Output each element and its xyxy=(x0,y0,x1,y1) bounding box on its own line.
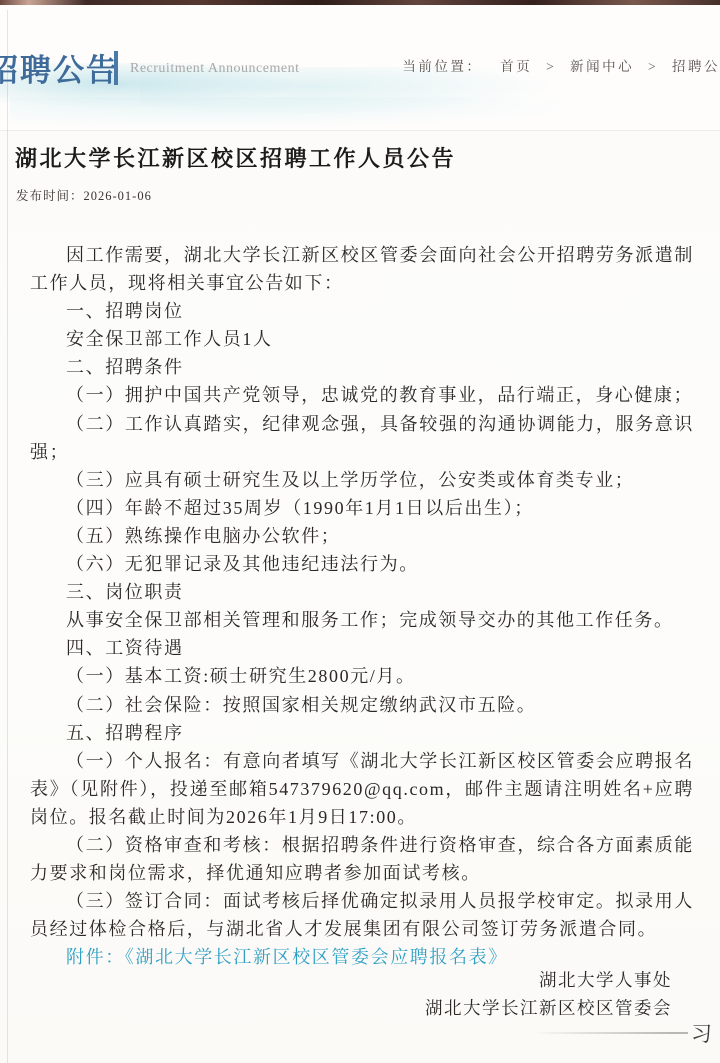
paragraph-intro: 因工作需要，湖北大学长江新区校区管委会面向社会公开招聘劳务派遣制工作人员，现将相… xyxy=(30,241,694,297)
procedure-review: （二）资格审查和考核：根据招聘条件进行资格审查，综合各方面素质能力要求和岗位需求… xyxy=(30,831,694,887)
signature-block: 湖北大学人事处 湖北大学长江新区校区管委会 xyxy=(425,966,672,1022)
breadcrumb-news-center[interactable]: 新闻中心 xyxy=(570,59,634,74)
heading-procedure: 五、招聘程序 xyxy=(30,719,694,747)
paragraph-duties: 从事安全保卫部相关管理和服务工作；完成领导交办的其他工作任务。 xyxy=(30,606,694,634)
salary-base: （一）基本工资:硕士研究生2800元/月。 xyxy=(30,662,694,690)
header-divider xyxy=(114,51,118,85)
watermark-underline xyxy=(533,1032,688,1034)
attachment-link[interactable]: 附件：《湖北大学长江新区校区管委会应聘报名表》 xyxy=(66,947,508,967)
requirement-3: （三）应具有硕士研究生及以上学历学位，公安类或体育类专业； xyxy=(30,466,694,494)
requirement-5: （五）熟练操作电脑办公软件； xyxy=(30,522,694,550)
procedure-contract: （三）签订合同：面试考核后择优确定拟录用人员报学校审定。拟录用人员经过体检合格后… xyxy=(30,887,694,943)
attachment-label: 附件： xyxy=(66,947,125,967)
requirement-2: （二）工作认真踏实，纪律观念强，具备较强的沟通协调能力，服务意识强； xyxy=(30,410,694,466)
attachment-link-text: 《湖北大学长江新区校区管委会应聘报名表》 xyxy=(125,947,508,967)
page-header: 招聘公告 Recruitment Announcement 当前位置： 首页 >… xyxy=(0,5,720,131)
breadcrumb-label: 当前位置： xyxy=(402,59,482,74)
procedure-apply: （一）个人报名：有意向者填写《湖北大学长江新区校区管委会应聘报名表》（见附件），… xyxy=(30,747,694,831)
requirement-4: （四）年龄不超过35周岁（1990年1月1日以后出生）； xyxy=(30,494,694,522)
watercolor-wash xyxy=(10,97,570,127)
publish-time-label: 发布时间： xyxy=(16,189,84,203)
signature-committee: 湖北大学长江新区校区管委会 xyxy=(425,994,672,1022)
salary-insurance: （二）社会保险：按照国家相关规定缴纳武汉市五险。 xyxy=(30,691,694,719)
publish-time-value: 2026-01-06 xyxy=(84,189,152,203)
watermark-glyph: 习 xyxy=(691,1018,712,1048)
heading-duties: 三、岗位职责 xyxy=(30,578,694,606)
section-title-en: Recruitment Announcement xyxy=(130,61,299,77)
breadcrumb: 当前位置： 首页 > 新闻中心 > 招聘公告 xyxy=(402,55,720,75)
section-title-cn: 招聘公告 xyxy=(0,45,119,90)
article-body: 因工作需要，湖北大学长江新区校区管委会面向社会公开招聘劳务派遣制工作人员，现将相… xyxy=(30,241,694,971)
signature-hr-office: 湖北大学人事处 xyxy=(425,966,672,994)
heading-salary: 四、工资待遇 xyxy=(30,634,694,662)
requirement-6: （六）无犯罪记录及其他违纪违法行为。 xyxy=(30,550,694,578)
article-title: 湖北大学长江新区校区招聘工作人员公告 xyxy=(15,142,456,173)
breadcrumb-home[interactable]: 首页 xyxy=(500,59,532,74)
heading-requirements: 二、招聘条件 xyxy=(30,353,694,381)
paragraph-position: 安全保卫部工作人员1人 xyxy=(30,325,694,353)
breadcrumb-separator-icon: > xyxy=(546,59,556,74)
heading-positions: 一、招聘岗位 xyxy=(30,297,694,325)
requirement-1: （一）拥护中国共产党领导，忠诚党的教育事业，品行端正，身心健康； xyxy=(30,381,694,409)
page: 招聘公告 Recruitment Announcement 当前位置： 首页 >… xyxy=(0,0,720,1063)
breadcrumb-separator-icon: > xyxy=(648,59,658,74)
publish-time: 发布时间：2026-01-06 xyxy=(16,186,152,204)
breadcrumb-recruitment[interactable]: 招聘公告 xyxy=(672,59,720,74)
